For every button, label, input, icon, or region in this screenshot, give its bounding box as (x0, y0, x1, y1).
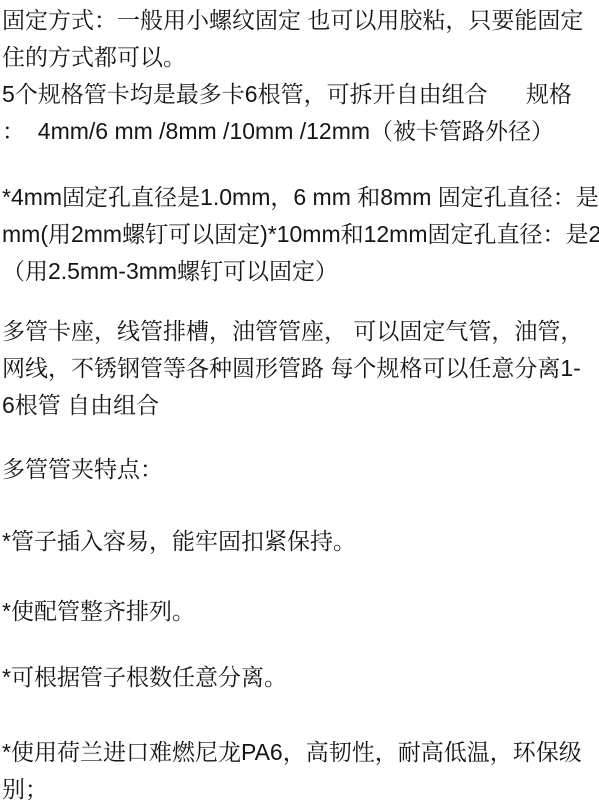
paragraph-feature-insertion: *管子插入容易，能牢固扣紧保持。 (2, 523, 599, 560)
text-line: mm(用2mm螺钉可以固定)*10mm和12mm固定孔直径：是2.5mm (2, 216, 599, 253)
text-line: *可根据管子根数任意分离。 (2, 659, 599, 696)
product-description-document: 固定方式：一般用小螺纹固定 也可以用胶粘，只要能固定 住的方式都可以。 5个规格… (0, 0, 599, 800)
text-line: 网线，不锈钢管等各种圆形管路 每个规格可以任意分离1- (2, 350, 599, 387)
paragraph-feature-alignment: *使配管整齐排列。 (2, 593, 599, 630)
text-line: *管子插入容易，能牢固扣紧保持。 (2, 523, 599, 560)
text-line: 5个规格管卡均是最多卡6根管，可拆开自由组合 规格 (2, 76, 599, 113)
paragraph-applications: 多管卡座，线管排槽，油管管座， 可以固定气管，油管， 网线，不锈钢管等各种圆形管… (2, 313, 599, 424)
text-line: 多管卡座，线管排槽，油管管座， 可以固定气管，油管， (2, 313, 599, 350)
paragraph-feature-separation: *可根据管子根数任意分离。 (2, 659, 599, 696)
text-line: *使配管整齐排列。 (2, 593, 599, 630)
text-line: 住的方式都可以。 (2, 39, 599, 76)
paragraph-features-heading: 多管管夹特点： (2, 451, 599, 488)
paragraph-feature-material: *使用荷兰进口难燃尼龙PA6，高韧性，耐高低温，环保级 别； (2, 734, 599, 800)
text-line: ： 4mm/6 mm /8mm /10mm /12mm（被卡管路外径） (2, 113, 599, 150)
text-line: 固定方式：一般用小螺纹固定 也可以用胶粘，只要能固定 (2, 2, 599, 39)
paragraph-fixing-method-and-specs: 固定方式：一般用小螺纹固定 也可以用胶粘，只要能固定 住的方式都可以。 5个规格… (2, 2, 599, 150)
text-line: *4mm固定孔直径是1.0mm，6 mm 和8mm 固定孔直径：是1.8 (2, 179, 599, 216)
text-line: 多管管夹特点： (2, 451, 599, 488)
text-line: （用2.5mm-3mm螺钉可以固定） (2, 253, 599, 290)
text-line: 别； (2, 771, 599, 800)
paragraph-hole-diameters: *4mm固定孔直径是1.0mm，6 mm 和8mm 固定孔直径：是1.8 mm(… (2, 179, 599, 290)
text-line: *使用荷兰进口难燃尼龙PA6，高韧性，耐高低温，环保级 (2, 734, 599, 771)
text-line: 6根管 自由组合 (2, 387, 599, 424)
